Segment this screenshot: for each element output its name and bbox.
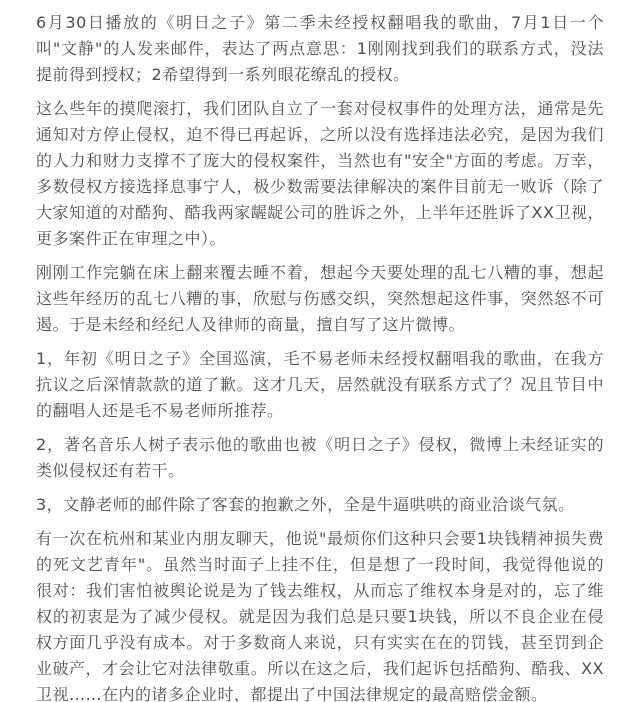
paragraph-intro-email: 6月30日播放的《明日之子》第二季未经授权翻唱我的歌曲，7月1日一个叫"文静"的… — [36, 10, 604, 88]
list-item-3-wenjing-email: 3，文静老师的邮件除了客套的抱歉之外，全是牛逼哄哄的商业洽谈气氛。 — [36, 492, 604, 518]
paragraph-sleepless-night: 刚刚工作完躺在床上翻来覆去睡不着，想起今天要处理的乱七八糟的事，想起这些年经历的… — [36, 260, 604, 338]
article-body: 6月30日播放的《明日之子》第二季未经授权翻唱我的歌曲，7月1日一个叫"文静"的… — [0, 0, 640, 702]
paragraph-hangzhou-friend: 有一次在杭州和某业内朋友聊天，他说"最烦你们这种只会要1块钱精神损失费的死文艺青… — [36, 526, 604, 702]
list-item-1-mao-buyi: 1，年初《明日之子》全国巡演，毛不易老师未经授权翻唱我的歌曲，在我方抗议之后深情… — [36, 346, 604, 424]
list-item-2-musician-shuzi: 2，著名音乐人树子表示他的歌曲也被《明日之子》侵权，微博上未经证实的类似侵权还有… — [36, 432, 604, 484]
paragraph-rights-handling: 这么些年的摸爬滚打，我们团队自立了一套对侵权事件的处理方法，通常是先通知对方停止… — [36, 96, 604, 252]
